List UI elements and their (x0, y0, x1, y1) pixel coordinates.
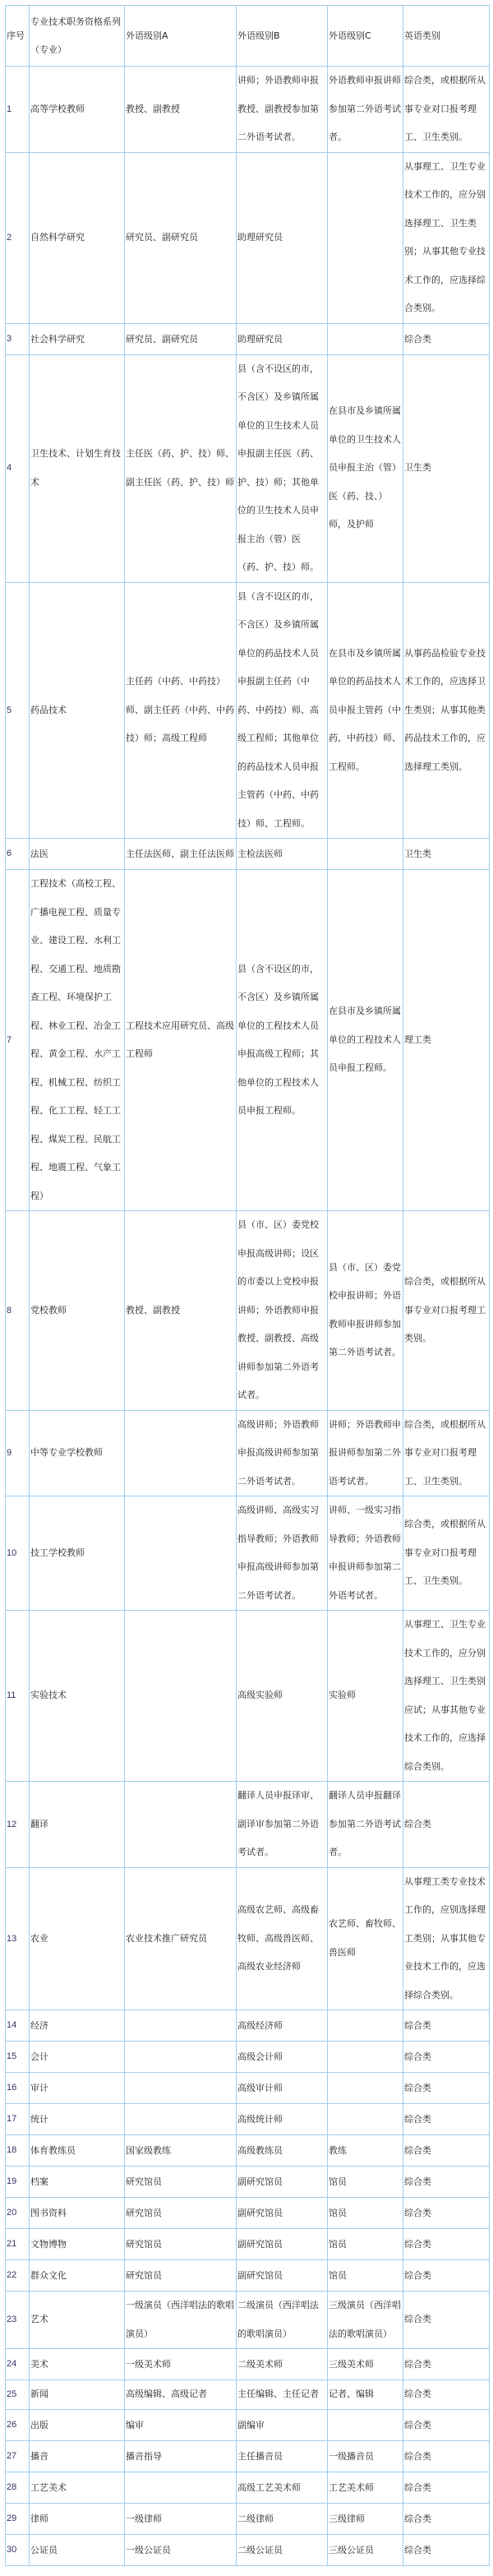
cell-index: 7 (6, 870, 30, 1211)
cell-level-b: 高级讲师、高级实习指导教师；外语教师申报高级讲师参加第二外语考试者。 (237, 1496, 328, 1611)
cell-series: 实验技术 (30, 1611, 125, 1782)
table-row: 15会计高级会计师综合类 (6, 2042, 490, 2073)
cell-index: 13 (6, 1867, 30, 2010)
table-row: 14经济高级经济师综合类 (6, 2010, 490, 2042)
cell-index: 11 (6, 1611, 30, 1782)
table-row: 2自然科学研究研究员、副研究员助理研究员从事理工、卫生专业技术工作的，应分别选择… (6, 152, 490, 323)
cell-level-a: 播音指导 (125, 2440, 237, 2472)
cell-index: 27 (6, 2440, 30, 2472)
cell-level-c: 讲师；外语教师申报讲师参加第二外语考试者。 (328, 1410, 403, 1496)
table-row: 16审计高级审计师综合类 (6, 2073, 490, 2104)
cell-level-a: 主任法医师、副主任法医师 (125, 839, 237, 870)
cell-english-category: 卫生类 (403, 354, 490, 582)
cell-level-c: 馆员 (328, 2167, 403, 2198)
cell-series: 档案 (30, 2167, 125, 2198)
cell-english-category: 综合类 (403, 323, 490, 354)
cell-level-c: 县（市、区）委党校申报讲师；外语教师申报讲师参加第二外语考试者。 (328, 1211, 403, 1411)
table-row: 9中等专业学校教师高级讲师；外语教师申报高级讲师参加第二外语考试者。讲师；外语教… (6, 1410, 490, 1496)
cell-index: 24 (6, 2349, 30, 2380)
table-row: 1高等学校教师教授、副教授讲师；外语教师申报教授、副教授参加第二外语考试者。外语… (6, 67, 490, 153)
cell-level-b: 高级经济师 (237, 2010, 328, 2042)
table-row: 22群众文化研究馆员副研究馆员馆员综合类 (6, 2260, 490, 2292)
cell-level-a: 主任药（中药、中药技）师、副主任药（中药、中药技）师；高级工程师 (125, 582, 237, 839)
cell-level-a: 研究馆员 (125, 2229, 237, 2260)
cell-level-c: 三级律师 (328, 2503, 403, 2534)
cell-level-b: 助理研究员 (237, 152, 328, 323)
cell-series: 律师 (30, 2503, 125, 2534)
header-index: 序号 (6, 6, 30, 67)
cell-level-a (125, 2010, 237, 2042)
cell-english-category: 综合类 (403, 2292, 490, 2349)
cell-english-category: 综合类 (403, 2440, 490, 2472)
cell-level-a (125, 2073, 237, 2104)
cell-level-b: 副编审 (237, 2409, 328, 2440)
cell-english-category: 从事理工、卫生专业技术工作的，应分别选择理工、卫生类别应试；从事其他专业技术工作… (403, 1611, 490, 1782)
cell-level-b: 高级工艺美术师 (237, 2472, 328, 2503)
table-row: 18体育教练员国家级教练高级教练员教练综合类 (6, 2135, 490, 2167)
cell-level-c: 工艺美术师 (328, 2472, 403, 2503)
table-row: 28工艺美术高级工艺美术师工艺美术师综合类 (6, 2472, 490, 2503)
cell-english-category: 综合类，或根据所从事专业对口报考理工、卫生类别。 (403, 1496, 490, 1611)
cell-english-category: 从事药品检验专业技术工作的，应选择卫生类别；从事其他类药品技术工作的，应选择理工… (403, 582, 490, 839)
cell-level-a: 研究馆员 (125, 2260, 237, 2292)
table-row: 13农业农业技术推广研究员高级农艺师、高级畜牧师、高级兽医师、高级农业经济师农艺… (6, 1867, 490, 2010)
table-row: 20图书资料研究馆员副研究馆员馆员综合类 (6, 2198, 490, 2229)
table-row: 17统计高级统计师综合类 (6, 2104, 490, 2135)
cell-level-c (328, 152, 403, 323)
cell-english-category: 综合类 (403, 2349, 490, 2380)
cell-level-b: 高级审计师 (237, 2073, 328, 2104)
cell-level-b: 县（含不设区的市，不含区）及乡镇所属单位的药品技术人员申报副主任药（中药、中药技… (237, 582, 328, 839)
cell-series: 翻译 (30, 1782, 125, 1868)
cell-level-c: 馆员 (328, 2260, 403, 2292)
cell-series: 技工学校教师 (30, 1496, 125, 1611)
table-row: 24美术一级美术师二级美术师三级美术师综合类 (6, 2349, 490, 2380)
cell-level-c: 外语教师申报讲师参加第二外语考试者。 (328, 67, 403, 153)
table-row: 27播音播音指导主任播音员一级播音员综合类 (6, 2440, 490, 2472)
cell-level-c (328, 2073, 403, 2104)
table-row: 7工程技术（高校工程、广播电视工程、质量专业、建设工程、水利工程、交通工程、地质… (6, 870, 490, 1211)
cell-series: 党校教师 (30, 1211, 125, 1411)
cell-series: 卫生技术、计划生育技术 (30, 354, 125, 582)
cell-level-b: 主任播音员 (237, 2440, 328, 2472)
cell-level-b: 翻译人员申报译审、副译审参加第二外语考试者。 (237, 1782, 328, 1868)
cell-level-a: 研究员、副研究员 (125, 152, 237, 323)
table-row: 4卫生技术、计划生育技术主任医（药、护、技）师、副主任医（药、护、技）师县（含不… (6, 354, 490, 582)
cell-level-b: 副研究馆员 (237, 2167, 328, 2198)
cell-index: 4 (6, 354, 30, 582)
cell-level-c: 教练 (328, 2135, 403, 2167)
cell-english-category: 综合类 (403, 2042, 490, 2073)
cell-english-category: 综合类 (403, 2472, 490, 2503)
cell-index: 5 (6, 582, 30, 839)
cell-level-a (125, 1782, 237, 1868)
qualification-table: 序号 专业技术职务资格系列（专业） 外语级别A 外语级别B 外语级别C 英语类别… (5, 5, 490, 2566)
cell-level-b: 高级讲师；外语教师申报高级讲师参加第二外语考试者。 (237, 1410, 328, 1496)
cell-series: 社会科学研究 (30, 323, 125, 354)
cell-level-b: 二级美术师 (237, 2349, 328, 2380)
cell-series: 统计 (30, 2104, 125, 2135)
cell-level-c: 三级美术师 (328, 2349, 403, 2380)
cell-level-a (125, 2472, 237, 2503)
cell-index: 25 (6, 2380, 30, 2410)
cell-level-b: 高级教练员 (237, 2135, 328, 2167)
cell-level-a: 主任医（药、护、技）师、副主任医（药、护、技）师 (125, 354, 237, 582)
table-row: 5药品技术主任药（中药、中药技）师、副主任药（中药、中药技）师；高级工程师县（含… (6, 582, 490, 839)
cell-english-category: 综合类 (403, 2135, 490, 2167)
header-english-category: 英语类别 (403, 6, 490, 67)
cell-english-category: 综合类 (403, 2104, 490, 2135)
cell-index: 14 (6, 2010, 30, 2042)
cell-series: 农业 (30, 1867, 125, 2010)
cell-level-a: 一级美术师 (125, 2349, 237, 2380)
cell-english-category: 综合类，或根据所从事专业对口报考理工、卫生类别。 (403, 67, 490, 153)
table-row: 19档案研究馆员副研究馆员馆员综合类 (6, 2167, 490, 2198)
cell-index: 20 (6, 2198, 30, 2229)
table-row: 3社会科学研究研究员、副研究员助理研究员综合类 (6, 323, 490, 354)
cell-level-c: 记者、编辑 (328, 2380, 403, 2410)
cell-english-category: 综合类 (403, 2409, 490, 2440)
cell-level-b: 县（含不设区的市，不含区）及乡镇所属单位的卫生技术人员申报副主任医（药、护、技）… (237, 354, 328, 582)
cell-series: 出版 (30, 2409, 125, 2440)
cell-series: 体育教练员 (30, 2135, 125, 2167)
cell-level-a (125, 2104, 237, 2135)
cell-english-category: 综合类 (403, 2534, 490, 2565)
cell-series: 群众文化 (30, 2260, 125, 2292)
table-row: 8党校教师教授、副教授县（市、区）委党校申报高级讲师；设区的市委以上党校申报讲师… (6, 1211, 490, 1411)
cell-level-c: 三级演员（西洋唱法的歌唱演员） (328, 2292, 403, 2349)
cell-level-b: 高级实验师 (237, 1611, 328, 1782)
cell-level-c: 在县市及乡镇所属单位的药品技术人员申报主管药（中药、中药技）师、工程师。 (328, 582, 403, 839)
cell-level-a: 一级律师 (125, 2503, 237, 2534)
cell-series: 自然科学研究 (30, 152, 125, 323)
cell-level-b: 助理研究员 (237, 323, 328, 354)
cell-level-c: 一级播音员 (328, 2440, 403, 2472)
cell-index: 26 (6, 2409, 30, 2440)
table-row: 12翻译翻译人员申报译审、副译审参加第二外语考试者。翻译人员申报翻译参加第二外语… (6, 1782, 490, 1868)
cell-level-b: 二级公证员 (237, 2534, 328, 2565)
table-row: 6法医主任法医师、副主任法医师主检法医师卫生类 (6, 839, 490, 870)
page-body: 序号 专业技术职务资格系列（专业） 外语级别A 外语级别B 外语级别C 英语类别… (0, 0, 493, 2571)
cell-level-a: 研究员、副研究员 (125, 323, 237, 354)
cell-level-a: 农业技术推广研究员 (125, 1867, 237, 2010)
cell-level-b: 主检法医师 (237, 839, 328, 870)
cell-level-a: 研究馆员 (125, 2198, 237, 2229)
cell-level-b: 副研究馆员 (237, 2229, 328, 2260)
cell-level-b: 高级会计师 (237, 2042, 328, 2073)
cell-level-c (328, 839, 403, 870)
cell-series: 经济 (30, 2010, 125, 2042)
cell-level-a (125, 1410, 237, 1496)
cell-level-c: 在县市及乡镇所属单位的卫生技术人员申报主治（管）医（药、技、）师，及护师 (328, 354, 403, 582)
cell-series: 工艺美术 (30, 2472, 125, 2503)
cell-series: 中等专业学校教师 (30, 1410, 125, 1496)
cell-english-category: 理工类 (403, 870, 490, 1211)
cell-index: 30 (6, 2534, 30, 2565)
cell-series: 工程技术（高校工程、广播电视工程、质量专业、建设工程、水利工程、交通工程、地质勘… (30, 870, 125, 1211)
cell-index: 15 (6, 2042, 30, 2073)
cell-series: 新闻 (30, 2380, 125, 2410)
cell-index: 19 (6, 2167, 30, 2198)
cell-series: 会计 (30, 2042, 125, 2073)
cell-series: 文物博物 (30, 2229, 125, 2260)
cell-level-b: 县（含不设区的市，不含区）及乡镇所属单位的工程技术人员申报高级工程师；其他单位的… (237, 870, 328, 1211)
cell-english-category: 从事理工、卫生专业技术工作的，应分别选择理工、卫生类别；从事其他专业技术工作的，… (403, 152, 490, 323)
cell-series: 药品技术 (30, 582, 125, 839)
cell-level-a (125, 1611, 237, 1782)
cell-index: 17 (6, 2104, 30, 2135)
cell-level-a: 编审 (125, 2409, 237, 2440)
cell-index: 2 (6, 152, 30, 323)
cell-level-b: 副研究馆员 (237, 2260, 328, 2292)
cell-english-category: 综合类，或根据所从事专业对口报考理工、卫生类别。 (403, 1410, 490, 1496)
cell-level-c: 翻译人员申报翻译参加第二外语考试者。 (328, 1782, 403, 1868)
cell-level-a: 高级编辑、高级记者 (125, 2380, 237, 2410)
cell-index: 6 (6, 839, 30, 870)
cell-index: 8 (6, 1211, 30, 1411)
cell-english-category: 卫生类 (403, 839, 490, 870)
table-header-row: 序号 专业技术职务资格系列（专业） 外语级别A 外语级别B 外语级别C 英语类别 (6, 6, 490, 67)
cell-english-category: 综合类 (403, 2380, 490, 2410)
cell-level-c: 实验师 (328, 1611, 403, 1782)
cell-level-c (328, 2104, 403, 2135)
table-row: 21文物博物研究馆员副研究馆员馆员综合类 (6, 2229, 490, 2260)
cell-level-a: 工程技术应用研究员、高级工程师 (125, 870, 237, 1211)
cell-series: 播音 (30, 2440, 125, 2472)
cell-level-c (328, 2010, 403, 2042)
cell-index: 21 (6, 2229, 30, 2260)
cell-english-category: 综合类 (403, 2167, 490, 2198)
cell-index: 10 (6, 1496, 30, 1611)
cell-series: 法医 (30, 839, 125, 870)
cell-level-a: 教授、副教授 (125, 1211, 237, 1411)
cell-english-category: 综合类 (403, 2260, 490, 2292)
cell-series: 高等学校教师 (30, 67, 125, 153)
cell-english-category: 从事理工类专业技术工作的，应别选择理工类别；从事其他专业技术工作的，应选择综合类… (403, 1867, 490, 2010)
cell-level-b: 县（市、区）委党校申报高级讲师；设区的市委以上党校申报讲师；外语教师申报教授、副… (237, 1211, 328, 1411)
cell-index: 29 (6, 2503, 30, 2534)
cell-level-a: 研究馆员 (125, 2167, 237, 2198)
cell-level-a: 一级演员（西洋唱法的歌唱演员） (125, 2292, 237, 2349)
header-level-c: 外语级别C (328, 6, 403, 67)
cell-level-c (328, 2042, 403, 2073)
table-row: 26出版编审副编审综合类 (6, 2409, 490, 2440)
cell-english-category: 综合类 (403, 2198, 490, 2229)
cell-level-a: 教授、副教授 (125, 67, 237, 153)
cell-level-c: 馆员 (328, 2198, 403, 2229)
cell-english-category: 综合类，或根据所从事专业对口报考理工类别。 (403, 1211, 490, 1411)
cell-level-c (328, 2409, 403, 2440)
table-row: 11实验技术高级实验师实验师从事理工、卫生专业技术工作的，应分别选择理工、卫生类… (6, 1611, 490, 1782)
cell-level-b: 讲师；外语教师申报教授、副教授参加第二外语考试者。 (237, 67, 328, 153)
cell-english-category: 综合类 (403, 1782, 490, 1868)
cell-index: 3 (6, 323, 30, 354)
table-row: 23艺术一级演员（西洋唱法的歌唱演员）二级演员（西洋唱法的歌唱演员）三级演员（西… (6, 2292, 490, 2349)
cell-level-c: 在县市及乡镇所属单位的工程技术人员申报工程师。 (328, 870, 403, 1211)
cell-level-b: 高级统计师 (237, 2104, 328, 2135)
cell-level-c: 农艺师、畜牧师、兽医师 (328, 1867, 403, 2010)
cell-series: 艺术 (30, 2292, 125, 2349)
cell-index: 23 (6, 2292, 30, 2349)
cell-level-c: 讲师、一级实习指导教师；外语教师申报讲师参加第二外语考试者。 (328, 1496, 403, 1611)
cell-index: 12 (6, 1782, 30, 1868)
cell-level-b: 二级律师 (237, 2503, 328, 2534)
cell-english-category: 综合类 (403, 2503, 490, 2534)
cell-index: 1 (6, 67, 30, 153)
cell-series: 美术 (30, 2349, 125, 2380)
cell-index: 16 (6, 2073, 30, 2104)
header-series: 专业技术职务资格系列（专业） (30, 6, 125, 67)
cell-level-b: 主任编辑、主任记者 (237, 2380, 328, 2410)
table-row: 29律师一级律师二级律师三级律师综合类 (6, 2503, 490, 2534)
cell-series: 图书资料 (30, 2198, 125, 2229)
cell-level-a (125, 1496, 237, 1611)
cell-level-c: 馆员 (328, 2229, 403, 2260)
cell-english-category: 综合类 (403, 2073, 490, 2104)
cell-level-b: 二级演员（西洋唱法的歌唱演员） (237, 2292, 328, 2349)
table-row: 25新闻高级编辑、高级记者主任编辑、主任记者记者、编辑综合类 (6, 2380, 490, 2410)
table-row: 10技工学校教师高级讲师、高级实习指导教师；外语教师申报高级讲师参加第二外语考试… (6, 1496, 490, 1611)
cell-index: 9 (6, 1410, 30, 1496)
header-level-b: 外语级别B (237, 6, 328, 67)
table-row: 30公证员一级公证员二级公证员三级公证员综合类 (6, 2534, 490, 2565)
cell-level-b: 高级农艺师、高级畜牧师、高级兽医师、高级农业经济师 (237, 1867, 328, 2010)
cell-series: 公证员 (30, 2534, 125, 2565)
cell-level-a: 一级公证员 (125, 2534, 237, 2565)
cell-index: 22 (6, 2260, 30, 2292)
cell-series: 审计 (30, 2073, 125, 2104)
cell-index: 18 (6, 2135, 30, 2167)
cell-level-a: 国家级教练 (125, 2135, 237, 2167)
cell-level-c: 三级公证员 (328, 2534, 403, 2565)
cell-english-category: 综合类 (403, 2010, 490, 2042)
cell-level-a (125, 2042, 237, 2073)
header-level-a: 外语级别A (125, 6, 237, 67)
cell-level-c (328, 323, 403, 354)
cell-english-category: 综合类 (403, 2229, 490, 2260)
cell-index: 28 (6, 2472, 30, 2503)
cell-level-b: 副研究馆员 (237, 2198, 328, 2229)
